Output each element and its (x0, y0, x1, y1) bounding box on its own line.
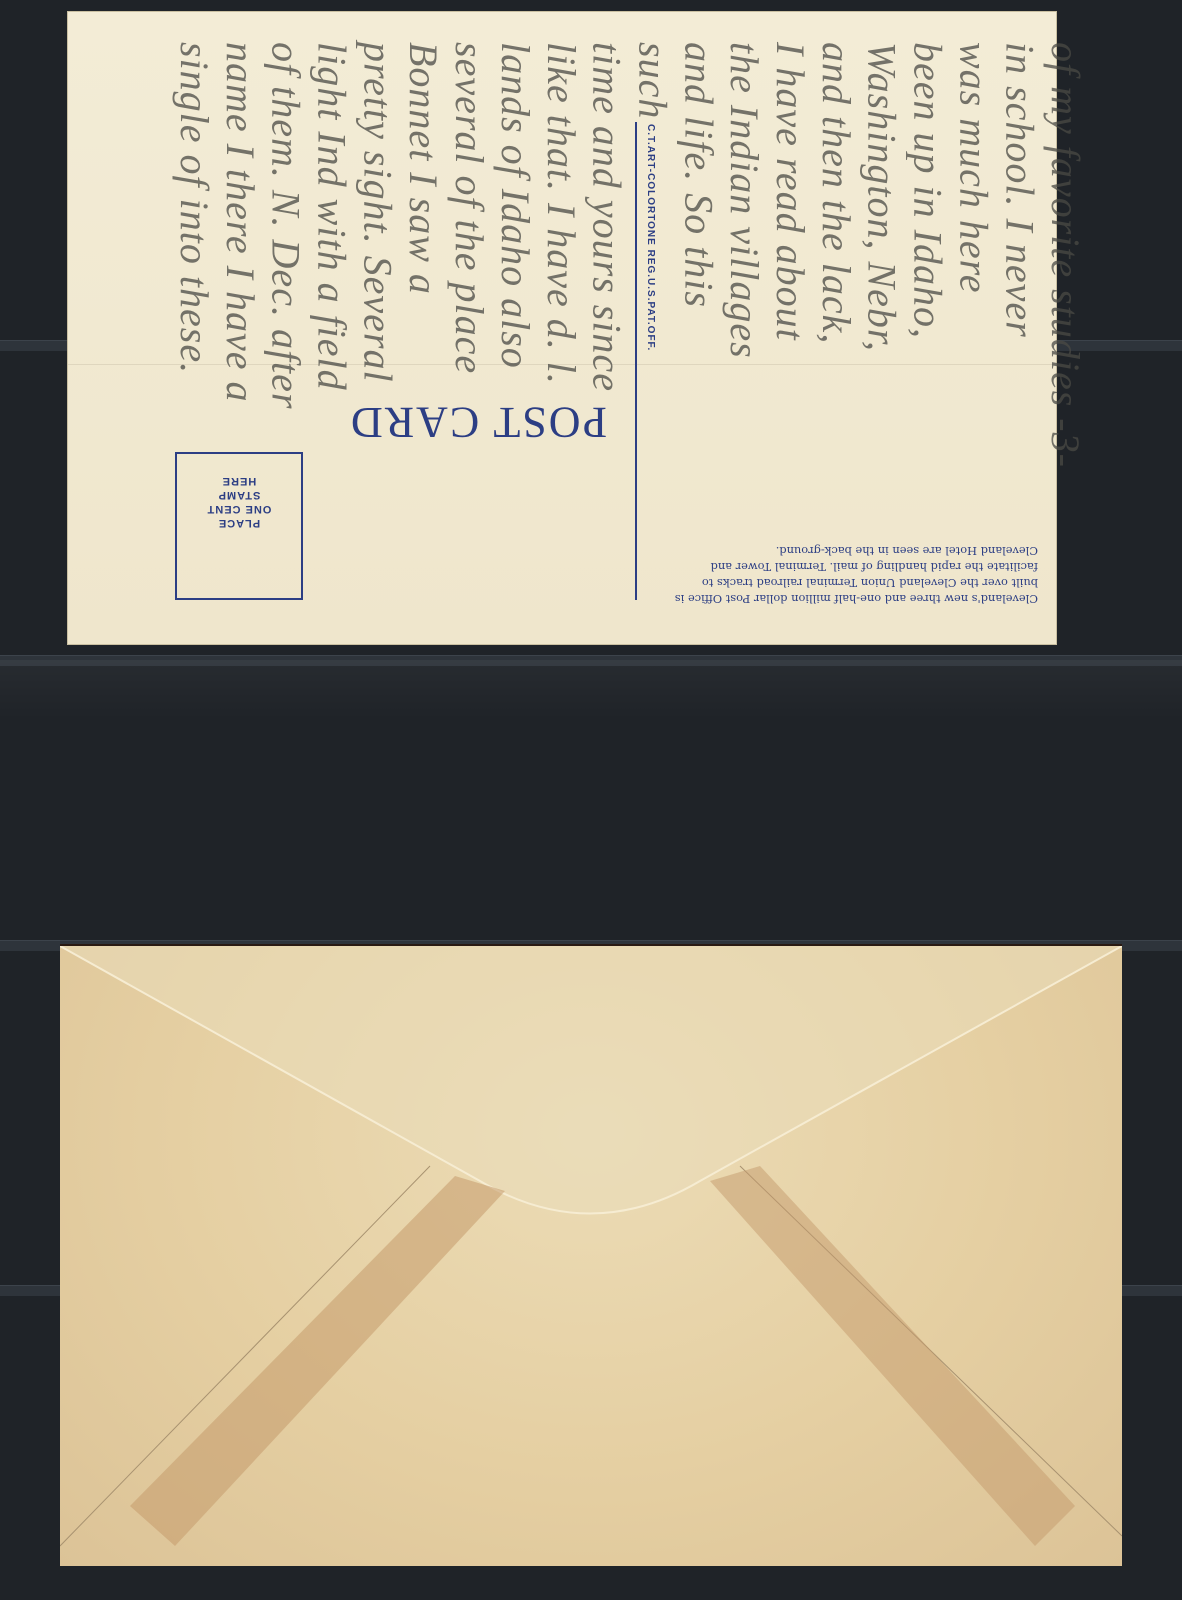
stamp-box-text: PLACE ONE CENT STAMP HERE (177, 474, 301, 530)
left-glue-stain (130, 1176, 505, 1546)
right-glue-stain (710, 1166, 1075, 1546)
postcard-caption: Cleveland's new three and one-half milli… (653, 512, 1038, 607)
printer-mark: C.T.ART-COLORTONE REG.U.S.PAT.OFF. (640, 124, 656, 404)
post-card-title: POST CARD (318, 397, 638, 447)
postcard-back: of my favorite studies -3-in school. I n… (68, 12, 1056, 644)
handwritten-line: Bonnet I saw a (400, 42, 447, 622)
stamp-line: ONE CENT (177, 502, 301, 516)
handwritten-line: lands of Idaho also (492, 42, 539, 622)
left-flap-crease (60, 1166, 430, 1546)
handwritten-line: like that. I have d. l. (538, 42, 585, 622)
handwritten-line: several of the place (446, 42, 493, 622)
handwritten-line: pretty sight. Several (354, 42, 401, 622)
handwritten-line: of my favorite studies -3- (1042, 42, 1089, 622)
envelope-flap-drawing (60, 946, 1122, 1566)
stamp-placement-box: PLACE ONE CENT STAMP HERE (175, 452, 303, 600)
top-flap (60, 946, 1122, 1214)
handwritten-line: time and yours since (584, 42, 631, 622)
envelope-back (60, 946, 1122, 1566)
sleeve-glare (0, 660, 1182, 720)
postcard-divider-line (635, 122, 637, 600)
stamp-line: STAMP (177, 488, 301, 502)
stamp-line: PLACE (177, 516, 301, 530)
handwritten-line: light Ind with a field (308, 42, 355, 622)
stamp-line: HERE (177, 474, 301, 488)
